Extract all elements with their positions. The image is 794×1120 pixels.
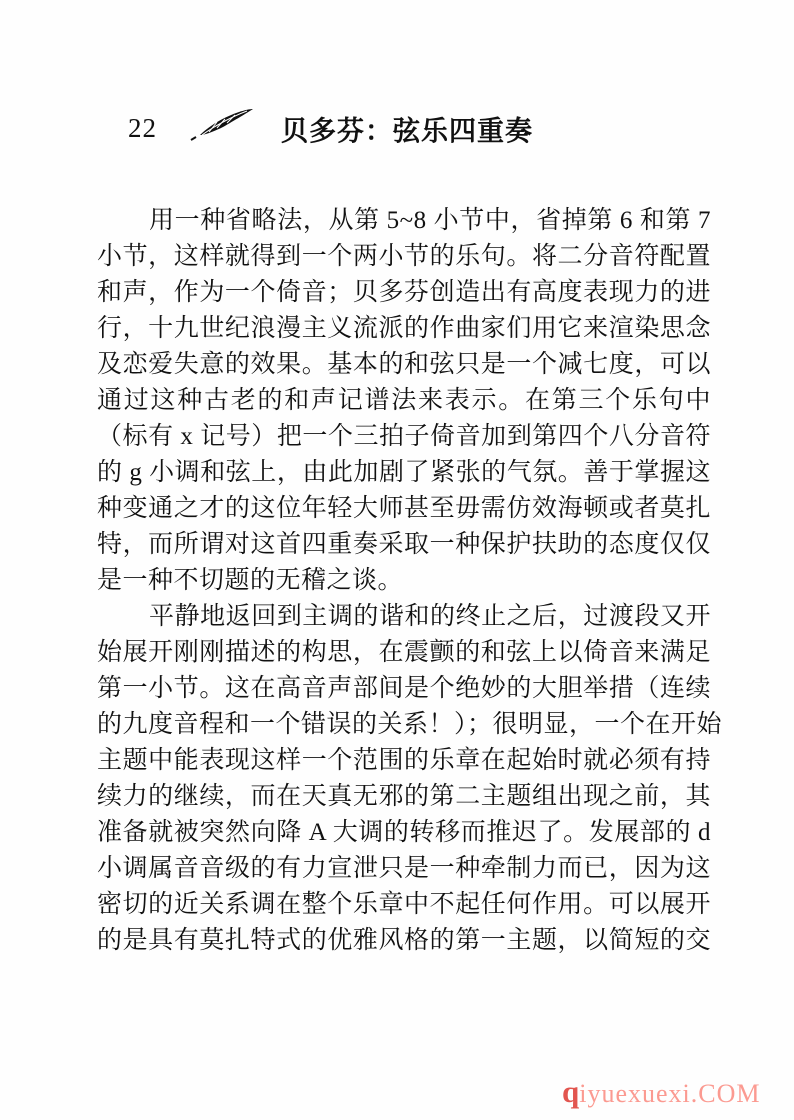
watermark-name: iyuexuexi xyxy=(579,1079,691,1108)
page-header: 22 贝多芬：弦乐四重奏 xyxy=(128,106,533,150)
scanned-book-page: 22 贝多芬：弦乐四重奏 用一种省略法，从第 5~8 小节中，省掉第 6 和第 … xyxy=(0,0,794,1120)
body-text-line: 的 g 小调和弦上，由此加剧了紧张的气氛。善于掌握这 xyxy=(97,455,711,491)
body-text-line: 始展开刚刚描述的构思，在震颤的和弦上以倚音来满足 xyxy=(97,635,711,671)
body-text-line: 通过这种古老的和声记谱法来表示。在第三个乐句中 xyxy=(97,383,711,419)
quill-flourish-icon xyxy=(187,108,259,148)
body-text-line: 特，而所谓对这首四重奏采取一种保护扶助的态度仅仅 xyxy=(97,527,711,563)
body-text-line: 第一小节。这在高音声部间是个绝妙的大胆举措（连续 xyxy=(97,671,711,707)
body-text-line: 主题中能表现这样一个范围的乐章在起始时就必须有持 xyxy=(97,743,711,779)
body-text-line: 续力的继续，而在天真无邪的第二主题组出现之前，其 xyxy=(97,779,711,815)
body-text-line: （标有 x 记号）把一个三拍子倚音加到第四个八分音符 xyxy=(97,419,711,455)
body-text-block: 用一种省略法，从第 5~8 小节中，省掉第 6 和第 7 小节，这样就得到一个两… xyxy=(97,203,711,959)
body-text-line: 行，十九世纪浪漫主义流派的作曲家们用它来渲染思念 xyxy=(97,311,711,347)
watermark-tld: .COM xyxy=(691,1079,761,1108)
page-number: 22 xyxy=(128,113,157,144)
watermark-initial: q xyxy=(562,1074,579,1109)
body-text-line: 是一种不切题的无稽之谈。 xyxy=(97,563,711,599)
body-text-line: 小节，这样就得到一个两小节的乐句。将二分音符配置 xyxy=(97,239,711,275)
body-text-line: 的九度音程和一个错误的关系！）；很明显，一个在开始 xyxy=(97,707,711,743)
body-text-line: 和声，作为一个倚音；贝多芬创造出有高度表现力的进 xyxy=(97,275,711,311)
body-text-line: 及恋爱失意的效果。基本的和弦只是一个减七度，可以 xyxy=(97,347,711,383)
body-text-line: 平静地返回到主调的谐和的终止之后，过渡段又开 xyxy=(97,599,711,635)
body-text-line: 种变通之才的这位年轻大师甚至毋需仿效海顿或者莫扎 xyxy=(97,491,711,527)
running-head-title: 贝多芬：弦乐四重奏 xyxy=(281,108,533,148)
body-text-line: 用一种省略法，从第 5~8 小节中，省掉第 6 和第 7 xyxy=(97,203,711,239)
body-text-line: 准备就被突然向降 A 大调的转移而推迟了。发展部的 d xyxy=(97,815,711,851)
site-watermark: qiyuexuexi.COM xyxy=(562,1074,761,1110)
body-text-line: 的是具有莫扎特式的优雅风格的第一主题，以简短的交 xyxy=(97,923,711,959)
body-text-line: 小调属音音级的有力宣泄只是一种牵制力而已，因为这 xyxy=(97,851,711,887)
body-text-line: 密切的近关系调在整个乐章中不起任何作用。可以展开 xyxy=(97,887,711,923)
